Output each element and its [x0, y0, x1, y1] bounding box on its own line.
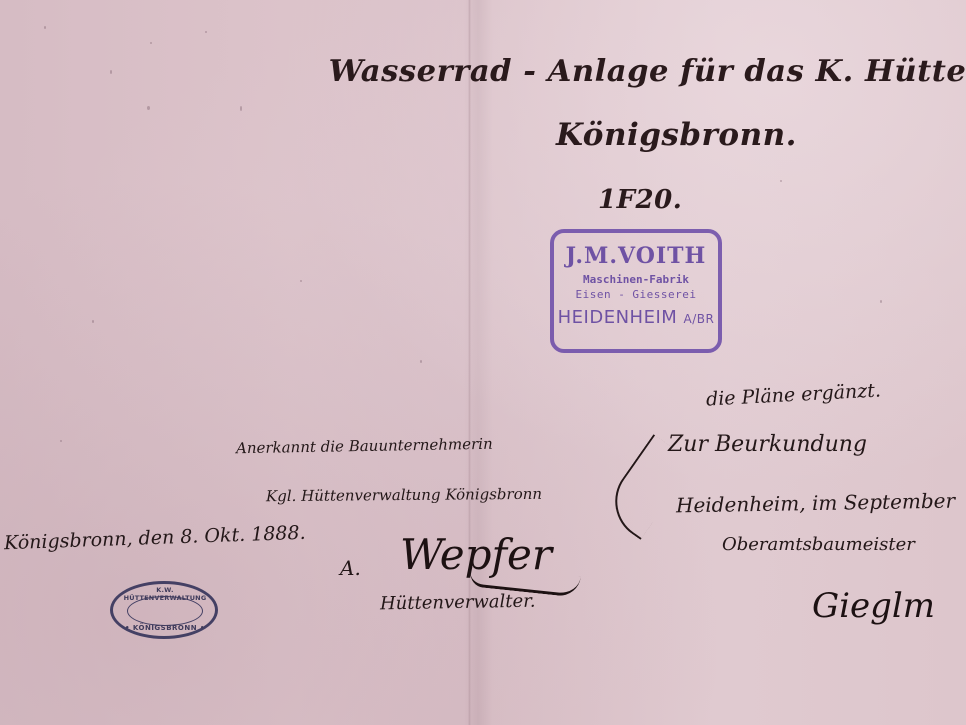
document-page: Wasserrad - Anlage für das K. Hüttenwerk…: [0, 0, 966, 725]
document-subtitle: Königsbronn.: [556, 117, 797, 153]
stamp-line-city: HEIDENHEIM A/BR: [554, 307, 718, 328]
paper-speck: [44, 26, 46, 29]
paper-fold-line: [468, 0, 471, 725]
certification-heading: Zur Beurkundung: [668, 432, 867, 457]
voith-company-stamp: J.M.VOITH Maschinen-Fabrik Eisen - Giess…: [550, 229, 722, 353]
document-title: Wasserrad - Anlage für das K. Hüttenwerk…: [329, 54, 966, 89]
plans-note: die Pläne ergänzt.: [706, 379, 882, 410]
certification-place-date: Heidenheim, im September: [676, 489, 955, 518]
paper-speck: [420, 360, 422, 363]
stamp-top-text: K.W. HÜTTENVERWALTUNG: [119, 586, 211, 602]
signature-prefix: A.: [340, 556, 361, 580]
signature-oberamtsbaumeister: Gieglm: [812, 586, 935, 626]
stamp-city-suffix: A/BR: [684, 312, 715, 326]
stamp-line-machine-factory: Maschinen-Fabrik: [554, 273, 718, 286]
stamp-line-foundry: Eisen - Giesserei: [554, 288, 718, 301]
paper-speck: [780, 180, 782, 182]
paper-speck: [92, 320, 94, 323]
approval-line-1: Anerkannt die Bauunternehmerin: [236, 435, 493, 457]
paper-speck: [880, 300, 882, 303]
certification-official-title: Oberamtsbaumeister: [722, 534, 915, 555]
stamp-company-name: J.M.VOITH: [554, 243, 718, 269]
place-and-date: Königsbronn, den 8. Okt. 1888.: [4, 522, 306, 555]
stamp-bottom-text: • KÖNIGSBRONN •: [119, 624, 211, 632]
huettenverwaltung-oval-stamp: K.W. HÜTTENVERWALTUNG • KÖNIGSBRONN •: [110, 581, 218, 639]
paper-speck: [300, 280, 302, 282]
paper-speck: [205, 31, 207, 33]
plan-number: 1F20.: [598, 185, 682, 215]
paper-speck: [110, 70, 112, 74]
paper-speck: [60, 440, 62, 442]
stamp-city: HEIDENHEIM: [558, 307, 678, 328]
paper-speck: [147, 106, 150, 110]
signature-title: Hüttenverwalter.: [380, 591, 536, 615]
approval-line-2: Kgl. Hüttenverwaltung Königsbronn: [266, 485, 542, 505]
paper-speck: [150, 42, 152, 44]
paper-speck: [240, 106, 242, 111]
